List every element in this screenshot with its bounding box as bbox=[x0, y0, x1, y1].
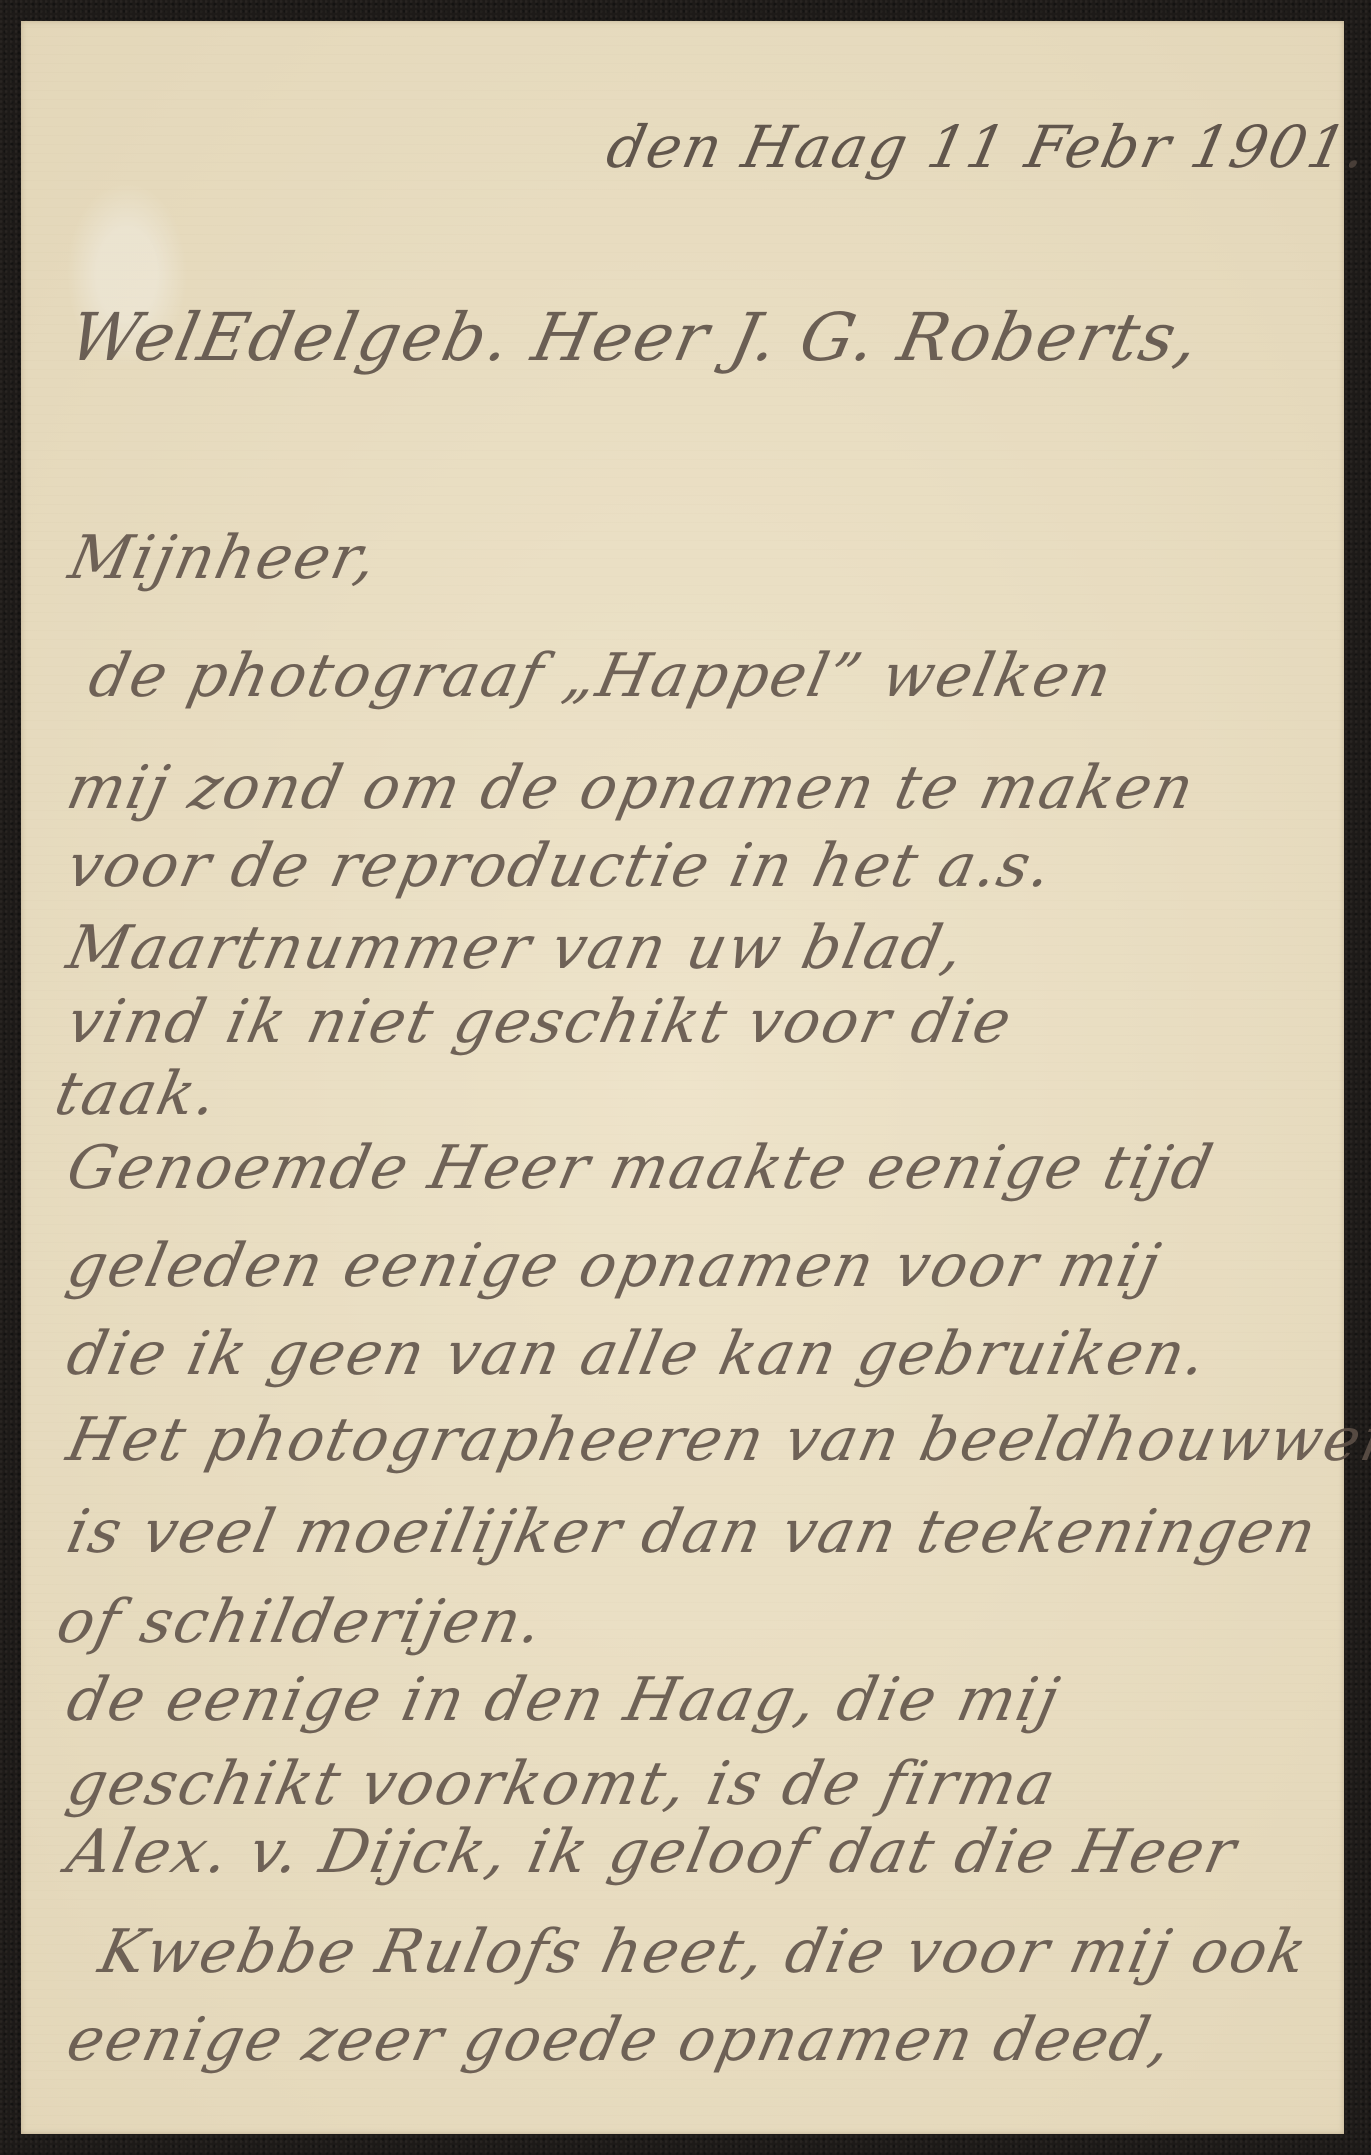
body-line: is veel moeilijker dan van teekeningen bbox=[61, 1497, 1324, 1567]
body-line: geschikt voorkomt, is de firma bbox=[61, 1749, 1063, 1819]
body-line: voor de reproductie in het a.s. bbox=[61, 831, 1060, 901]
place-date-line: den Haag 11 Febr 1901. bbox=[601, 113, 1371, 181]
body-line: of schilderijen. bbox=[51, 1587, 550, 1657]
body-line: Kwebbe Rulofs heet, die voor mij ook bbox=[93, 1917, 1315, 1987]
body-line: de photograaf „Happel” welken bbox=[83, 641, 1119, 711]
addressee-line: WelEdelgeb. Heer J. G. Roberts, bbox=[63, 299, 1208, 376]
body-line: Genoemde Heer maakte eenige tijd bbox=[61, 1133, 1220, 1203]
body-line: Alex. v. Dijck, ik geloof dat die Heer bbox=[61, 1817, 1244, 1887]
body-line: vind ik niet geschikt voor die bbox=[61, 987, 1019, 1057]
letter-page: den Haag 11 Febr 1901. WelEdelgeb. Heer … bbox=[21, 21, 1344, 2134]
salutation-line: Mijnheer, bbox=[63, 523, 385, 593]
body-line: die ik geen van alle kan gebruiken. bbox=[61, 1319, 1214, 1389]
body-line: mij zond om de opnamen te maken bbox=[61, 753, 1202, 823]
body-line: Het photographeeren van beeldhouwwerk bbox=[61, 1405, 1371, 1475]
body-line: geleden eenige opnamen voor mij bbox=[61, 1231, 1168, 1301]
body-line: Maartnummer van uw blad, bbox=[61, 913, 971, 983]
body-line: taak. bbox=[49, 1059, 225, 1129]
body-line: de eenige in den Haag, die mij bbox=[61, 1665, 1067, 1735]
body-line: eenige zeer goede opnamen deed, bbox=[61, 2005, 1179, 2075]
